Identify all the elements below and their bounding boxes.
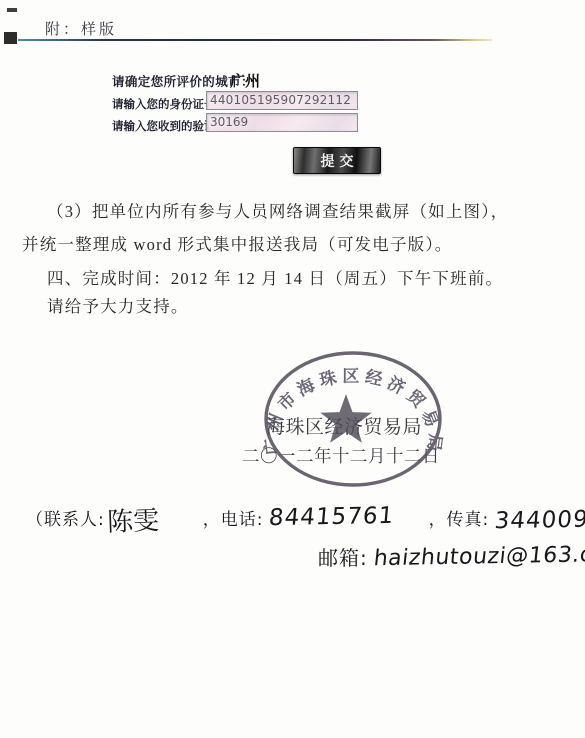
fax-label: ，传真: (429, 505, 490, 530)
deadline-paragraph: 四、完成时间：2012 年 12 月 14 日（周五）下午下班前。 (47, 265, 503, 289)
scan-artifact-dash (7, 8, 17, 12)
contact-person-name: 陈雯 (106, 500, 159, 539)
stamp-arc-label: 广州市海珠区经济贸易局 (260, 366, 445, 457)
phone-number: 84415761 (268, 503, 396, 531)
email-label: 邮箱: (318, 542, 368, 571)
attachment-heading: 附：样版 (45, 18, 117, 39)
contact-open-label: （联系人: (26, 505, 105, 530)
scanned-document-page: 附：样版 请确定您所评价的城市： 广州 请输入您的身份证号码： 44010519… (0, 0, 585, 738)
paragraph-3-line-2: 并统一整理成 word 形式集中报送我局（可发电子版）。 (22, 231, 453, 255)
support-paragraph: 请给予大力支持。 (47, 293, 189, 317)
id-number-input[interactable]: 440105195907292112 (206, 91, 358, 110)
city-value: 广州 (230, 70, 260, 91)
scan-artifact-square (4, 32, 17, 44)
stamp-star-icon (320, 394, 371, 443)
phone-label: ，电话: (203, 505, 264, 530)
official-seal-stamp: 广州市海珠区经济贸易局 (258, 349, 448, 494)
contact-info-line: （联系人: 陈雯 ，电话: 84415761 ，传真: 34400927） (26, 500, 585, 534)
email-info-line: 邮箱: haizhutouzi@163.com (318, 542, 585, 571)
paragraph-3-line-1: （3）把单位内所有参与人员网络调查结果截屏（如上图）， (47, 198, 508, 222)
verification-code-input[interactable]: 30169 (206, 113, 358, 132)
submit-button[interactable]: 提交 (293, 147, 381, 174)
email-address: haizhutouzi@163.com (372, 542, 585, 571)
fax-number: 34400927） (494, 499, 585, 535)
header-divider (18, 39, 492, 41)
